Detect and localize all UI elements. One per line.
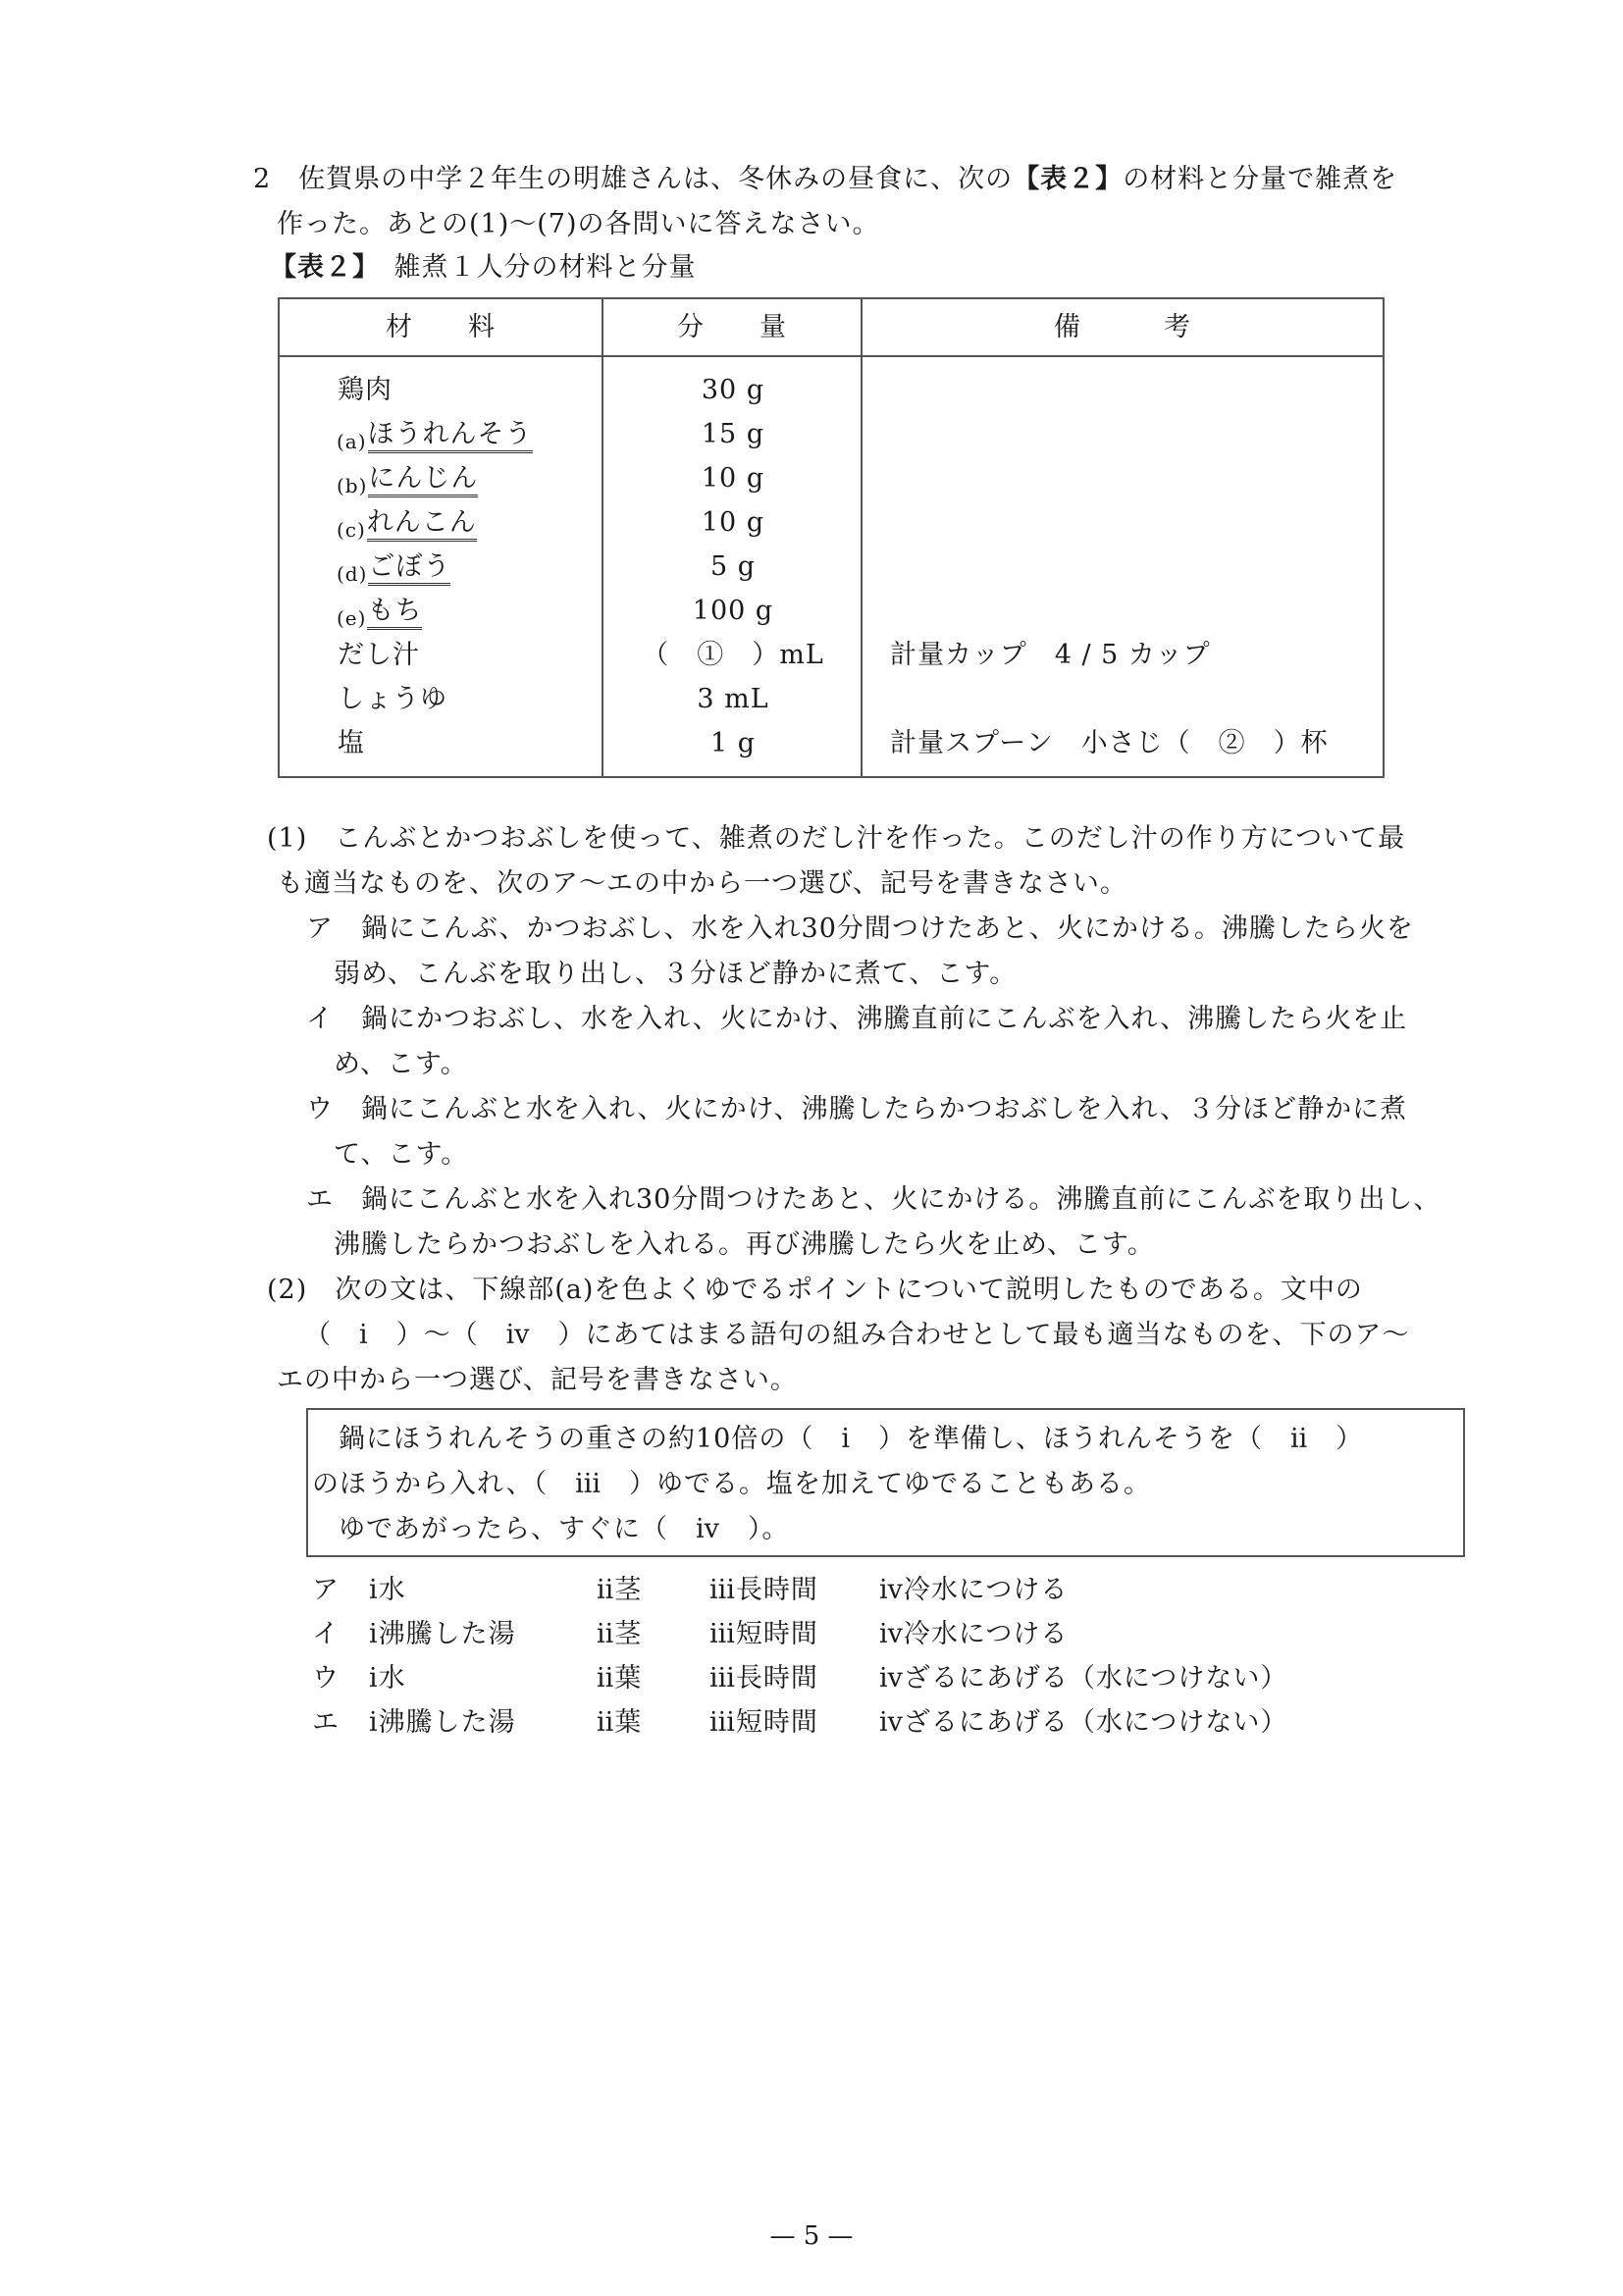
q2-number: (2) xyxy=(267,1275,307,1305)
ingredient-cell: (c)れんこん xyxy=(337,500,477,545)
box-line2: のほうから入れ、（ ⅲ ）ゆでる。塩を加えてゆでることもある。 xyxy=(312,1462,1151,1506)
amount-cell: 1 g xyxy=(603,721,863,765)
amount-cell: 3 mL xyxy=(603,677,863,721)
ingredient-cell: (e)もち xyxy=(337,589,422,633)
choice-iv: ⅳざるにあげる（水につけない） xyxy=(879,1656,1287,1700)
choice-i: ⅰ沸騰した湯 xyxy=(369,1612,516,1656)
ingredient-cell: しょうゆ xyxy=(337,677,447,721)
header-notes: 備 考 xyxy=(863,299,1383,355)
choice-i: ⅰ水 xyxy=(369,1568,406,1612)
choice-mark: ウ xyxy=(312,1656,340,1700)
question-number: 2 xyxy=(253,164,271,194)
amount-cell: 100 g xyxy=(603,589,863,633)
choice-mark: イ xyxy=(312,1612,340,1656)
note-cell: 計量カップ 4 / 5 カップ xyxy=(890,633,1211,677)
question-intro-line1: 2 佐賀県の中学２年生の明雄さんは、冬休みの昼食に、次の【表２】の材料と分量で雑… xyxy=(253,157,1397,201)
choice-ii: ⅱ葉 xyxy=(597,1700,642,1745)
choice-iv: ⅳざるにあげる（水につけない） xyxy=(879,1700,1287,1745)
q1-option-u: ウ 鍋にこんぶと水を入れ、火にかけ、沸騰したらかつおぶしを入れ、３分ほど静かに煮 xyxy=(306,1087,1407,1131)
amount-cell: （ ① ）mL xyxy=(603,633,863,677)
table-caption: 【表２】 雑煮１人分の材料と分量 xyxy=(270,245,697,289)
ingredients-table: 材 料 分 量 備 考 鶏肉 30 g (a)ほうれんそう 15 g (b)にん… xyxy=(278,297,1385,778)
q1-number: (1) xyxy=(267,823,307,854)
choice-mark: ア xyxy=(312,1568,340,1612)
note-cell: 計量スプーン 小さじ（ ② ）杯 xyxy=(890,721,1329,765)
table-caption-ref: 【表２】 xyxy=(270,252,367,283)
q1-option-i: イ 鍋にかつおぶし、水を入れ、火にかけ、沸騰直前にこんぶを入れ、沸騰したら火を止 xyxy=(306,997,1407,1041)
choice-iii: ⅲ短時間 xyxy=(709,1700,818,1745)
amount-cell: 15 g xyxy=(603,412,863,456)
question-intro-line2: 作った。あとの(1)～(7)の各問いに答えなさい。 xyxy=(277,202,880,246)
ingredient-cell: (a)ほうれんそう xyxy=(337,412,533,456)
intro-text: 佐賀県の中学２年生の明雄さんは、冬休みの昼食に、次の xyxy=(298,164,1013,194)
table-header-divider xyxy=(280,355,1383,357)
choice-ii: ⅱ茎 xyxy=(597,1568,642,1612)
choice-iii: ⅲ長時間 xyxy=(709,1568,818,1612)
q2-line2: （ ⅰ ）～（ ⅳ ）にあてはまる語句の組み合わせとして最も適当なものを、下のア… xyxy=(304,1313,1410,1357)
choice-iii: ⅲ短時間 xyxy=(709,1612,818,1656)
header-amount: 分 量 xyxy=(603,299,861,355)
q1-option-e-cont: 沸騰したらかつおぶしを入れる。再び沸騰したら火を止め、こす。 xyxy=(334,1223,1155,1267)
table-caption-text: 雑煮１人分の材料と分量 xyxy=(394,252,697,283)
ingredient-cell: (b)にんじん xyxy=(337,456,478,500)
q1-option-u-cont: て、こす。 xyxy=(334,1132,468,1176)
amount-cell: 10 g xyxy=(603,456,863,500)
box-line3: ゆであがったら、すぐに（ ⅳ ）。 xyxy=(339,1507,789,1551)
page-number: — 5 — xyxy=(0,2221,1623,2251)
amount-cell: 5 g xyxy=(603,545,863,589)
q1-option-i-cont: め、こす。 xyxy=(334,1042,468,1086)
header-ingredient: 材 料 xyxy=(280,299,602,355)
box-line1: 鍋にほうれんそうの重さの約10倍の（ ⅰ ）を準備し、ほうれんそうを（ ⅱ ） xyxy=(339,1417,1363,1461)
ingredient-cell: 塩 xyxy=(337,721,365,765)
table-reference: 【表２】 xyxy=(1013,164,1123,194)
choice-ii: ⅱ葉 xyxy=(597,1656,642,1700)
choice-i: ⅰ水 xyxy=(369,1656,406,1700)
choice-ii: ⅱ茎 xyxy=(597,1612,642,1656)
q1-line2: も適当なものを、次のア～エの中から一つ選び、記号を書きなさい。 xyxy=(277,861,1127,906)
q2-line3: エの中から一つ選び、記号を書きなさい。 xyxy=(277,1358,798,1402)
choice-iv: ⅳ冷水につける xyxy=(879,1612,1068,1656)
q2-line1: (2) 次の文は、下線部(a)を色よくゆでるポイントについて説明したものである。… xyxy=(267,1268,1363,1312)
choice-iv: ⅳ冷水につける xyxy=(879,1568,1068,1612)
choice-iii: ⅲ長時間 xyxy=(709,1656,818,1700)
amount-cell: 10 g xyxy=(603,500,863,545)
intro-text-end: の材料と分量で雑煮を xyxy=(1123,164,1397,194)
choice-mark: エ xyxy=(312,1700,340,1745)
ingredient-cell: だし汁 xyxy=(337,633,420,677)
q1-line1: (1) こんぶとかつおぶしを使って、雑煮のだし汁を作った。このだし汁の作り方につ… xyxy=(267,816,1405,861)
ingredient-cell: 鶏肉 xyxy=(337,368,393,412)
q1-option-a-cont: 弱め、こんぶを取り出し、３分ほど静かに煮て、こす。 xyxy=(334,952,1017,996)
ingredient-cell: (d)ごぼう xyxy=(337,545,450,589)
choice-i: ⅰ沸騰した湯 xyxy=(369,1700,516,1745)
q1-option-e: エ 鍋にこんぶと水を入れ30分間つけたあと、火にかける。沸騰直前にこんぶを取り出… xyxy=(306,1177,1440,1222)
amount-cell: 30 g xyxy=(603,368,863,412)
q1-option-a: ア 鍋にこんぶ、かつおぶし、水を入れ30分間つけたあと、火にかける。沸騰したら火… xyxy=(306,907,1414,951)
